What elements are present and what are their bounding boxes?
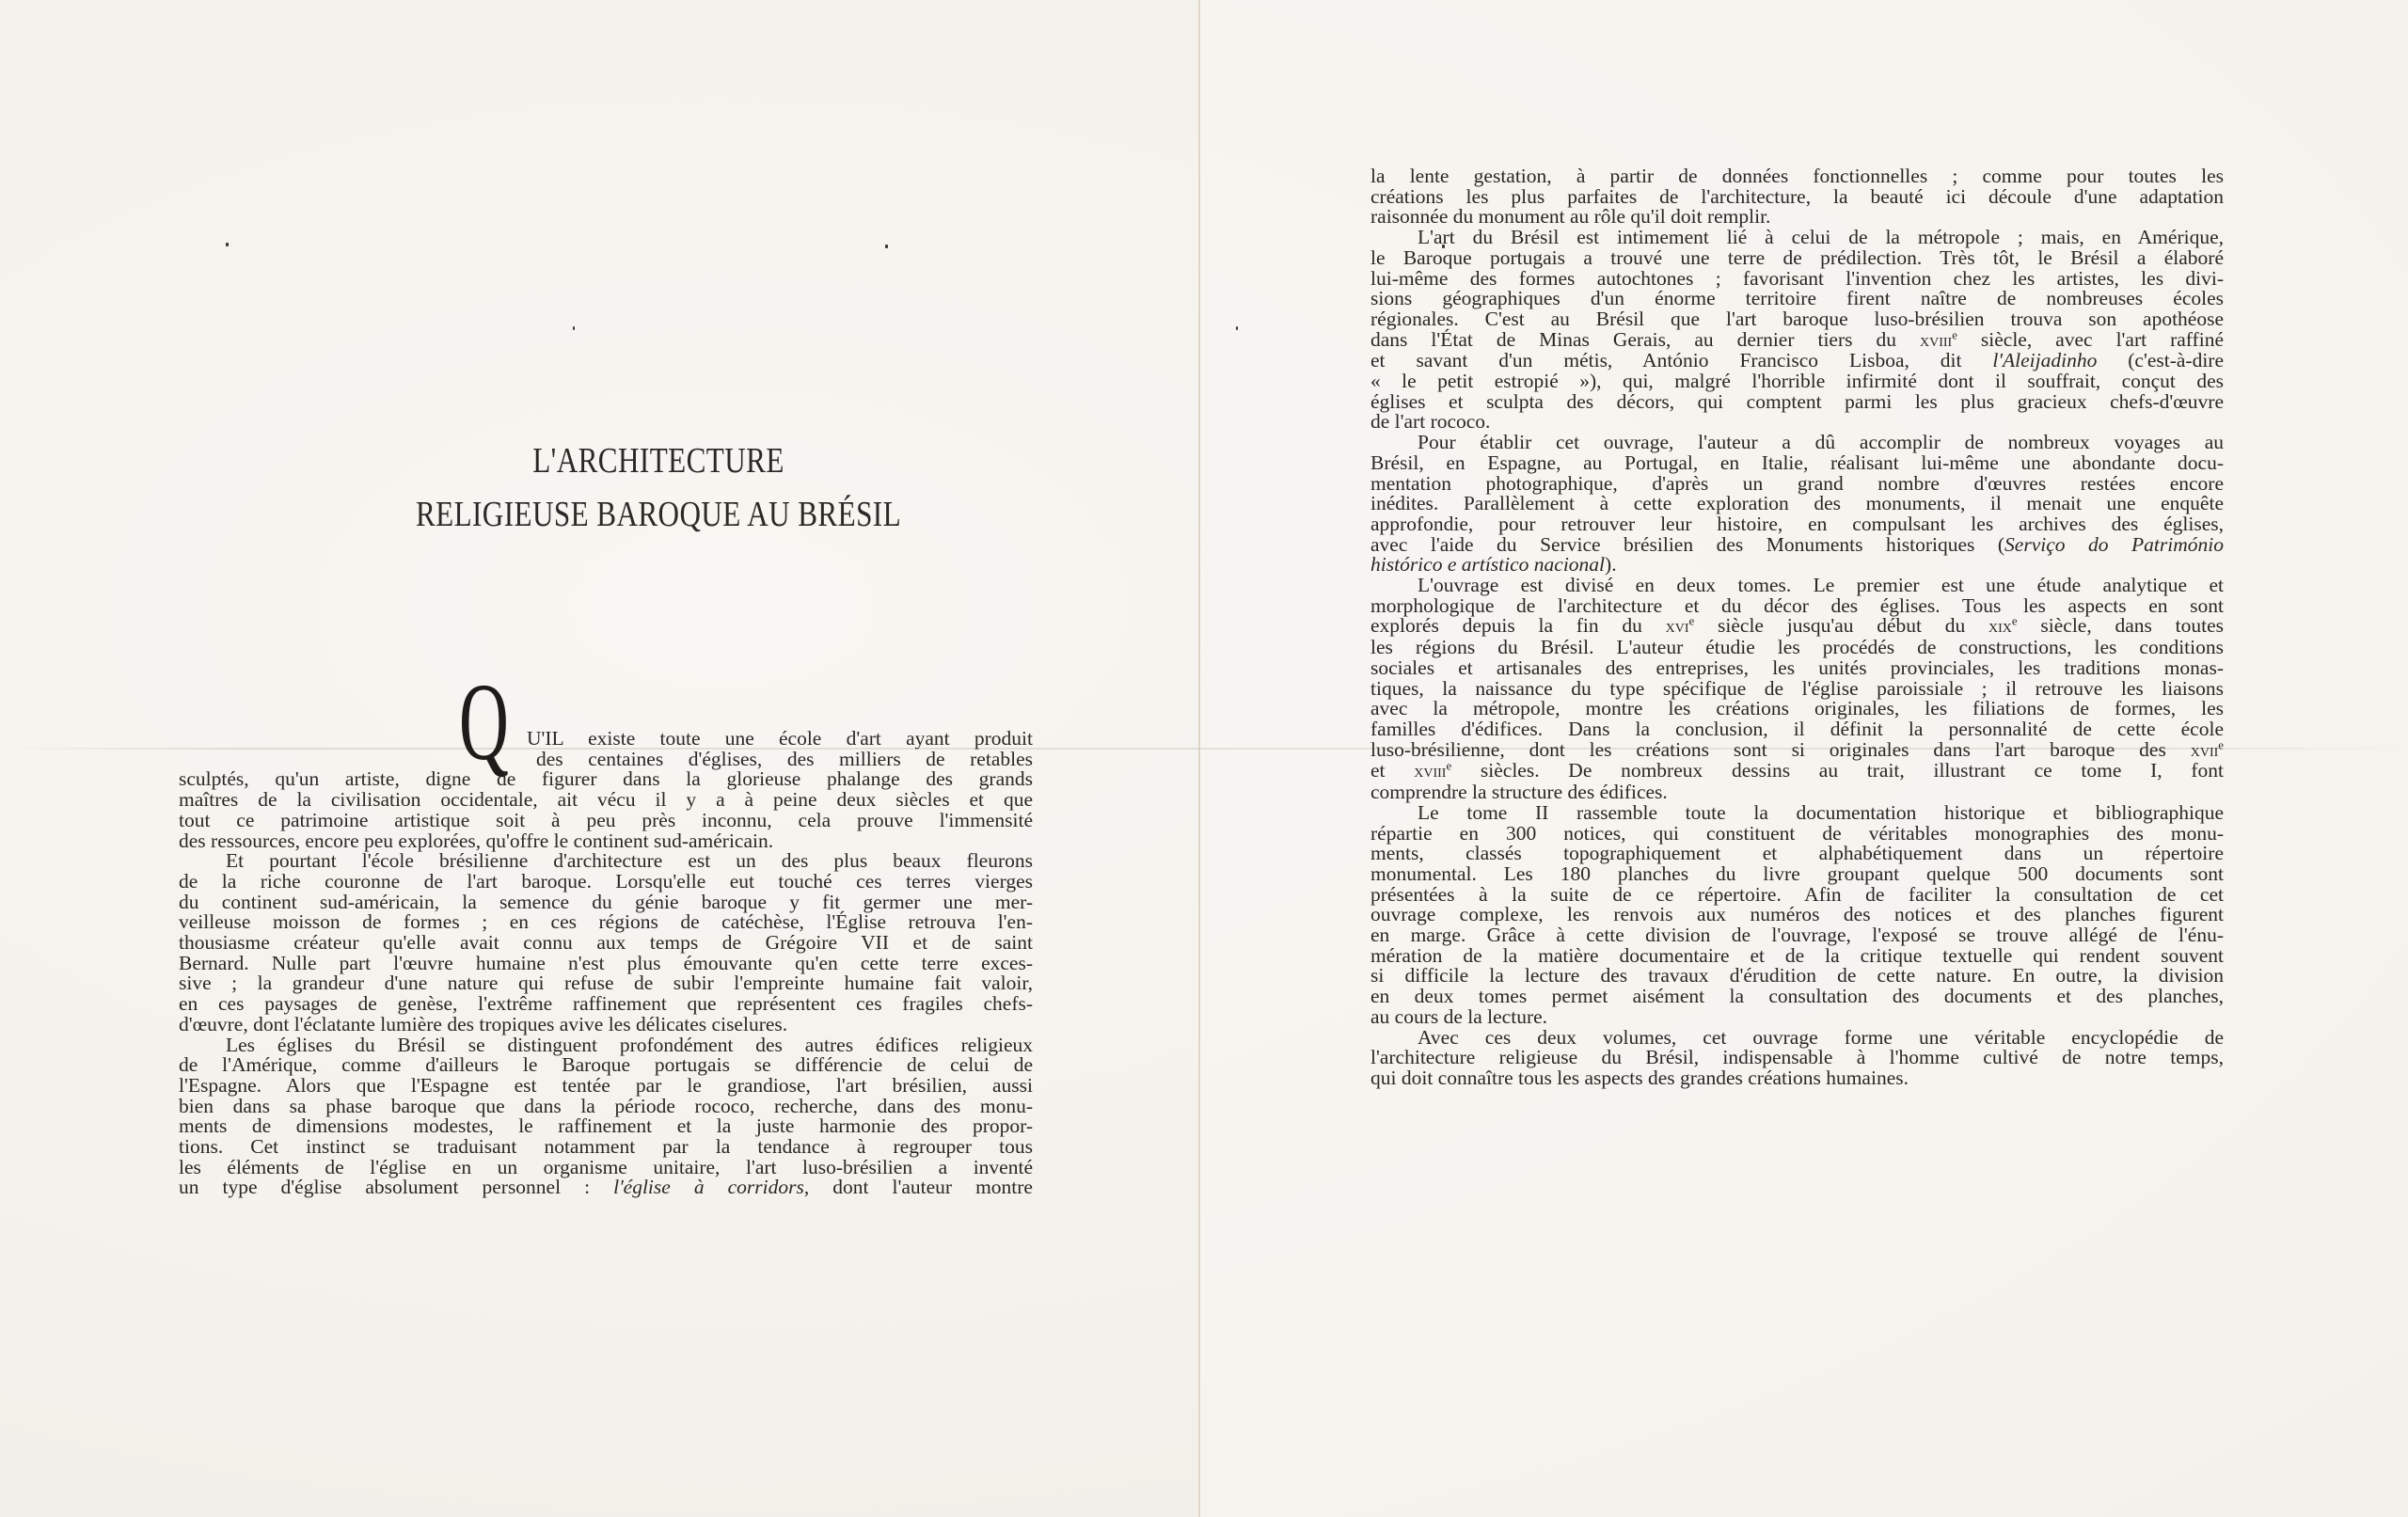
text-line: les régions du Brésil. L'auteur étudie l… <box>1370 638 2224 658</box>
text-line: L'art du Brésil est intimement lié à cel… <box>1370 228 2224 248</box>
text-line: tiques, la naissance du type spécifique … <box>1370 679 2224 700</box>
title-line-2: RELIGIEUSE BAROQUE AU BRÉSIL <box>350 494 967 535</box>
text-line: Le tome II rassemble toute la documentat… <box>1370 803 2224 824</box>
text-line: Avec ces deux volumes, cet ouvrage forme… <box>1370 1028 2224 1049</box>
text-line: Bernard. Nulle part l'œuvre humaine n'es… <box>179 954 1033 974</box>
text-line: approfondie, pour retrouver leur histoir… <box>1370 514 2224 535</box>
italic-name: l'Aleijadinho <box>1992 349 2097 371</box>
text-line: Et pourtant l'école brésilienne d'archit… <box>179 851 1033 872</box>
text-line: sions géographiques d'un énorme territoi… <box>1370 289 2224 309</box>
text-line: Pour établir cet ouvrage, l'auteur a dû … <box>1370 433 2224 453</box>
text-line: et savant d'un métis, António Francisco … <box>1370 351 2224 371</box>
text-line: la lente gestation, à partir de données … <box>1370 166 2224 187</box>
text-line: « le petit estropié »), qui, malgré l'ho… <box>1370 371 2224 392</box>
text-line: en ces paysages de genèse, l'extrême raf… <box>179 994 1033 1015</box>
text-line: mération de la matière documentaire et d… <box>1370 946 2224 967</box>
text-line: familles d'édifices. Dans la conclusion,… <box>1370 719 2224 740</box>
text-line: morphologique de l'architecture et du dé… <box>1370 596 2224 617</box>
text-line: ments, classés topographiquement et alph… <box>1370 844 2224 864</box>
text-line: en deux tomes permet aisément la consult… <box>1370 987 2224 1007</box>
text-line: l'Espagne. Alors que l'Espagne est tenté… <box>179 1076 1033 1097</box>
text-line: le Baroque portugais a trouvé une terre … <box>1370 248 2224 269</box>
text-line: des centaines d'églises, des milliers de… <box>179 750 1033 770</box>
text-line: U'IL existe toute une école d'art ayant … <box>179 729 1033 750</box>
text-line: monumental. Les 180 planches du livre gr… <box>1370 864 2224 885</box>
text-line: et xviiie siècles. De nombreux dessins a… <box>1370 761 2224 782</box>
text-line: ments de dimensions modestes, le raffine… <box>179 1116 1033 1137</box>
text-line: du continent sud-américain, la semence d… <box>179 893 1033 913</box>
text-line: luso-brésilienne, dont les créations son… <box>1370 740 2224 762</box>
text-line: créations les plus parfaites de l'archit… <box>1370 187 2224 208</box>
text-line: sculptés, qu'un artiste, digne de figure… <box>179 769 1033 790</box>
italic-term: l'église à corridors <box>613 1176 804 1198</box>
text-line: églises et sculpta des décors, qui compt… <box>1370 392 2224 413</box>
text-line: de l'art rococo. <box>1370 412 2224 433</box>
text-line: dans l'État de Minas Gerais, au dernier … <box>1370 330 2224 352</box>
text-line: inédites. Parallèlement à cette explorat… <box>1370 494 2224 514</box>
right-column-text: la lente gestation, à partir de données … <box>1370 166 2224 1089</box>
text-line: de l'Amérique, comme d'ailleurs le Baroq… <box>179 1055 1033 1076</box>
scan-speck <box>1236 326 1238 330</box>
text-line: tions. Cet instinct se traduisant notamm… <box>179 1137 1033 1158</box>
text-line: avec la métropole, montre les créations … <box>1370 699 2224 719</box>
text-line: un type d'église absolument personnel : … <box>179 1177 1033 1198</box>
title-line-1: L'ARCHITECTURE <box>350 440 967 482</box>
text-line: des ressources, encore peu explorées, qu… <box>179 831 1033 852</box>
text-line: bien dans sa phase baroque que dans la p… <box>179 1097 1033 1117</box>
text-line: d'œuvre, dont l'éclatante lumière des tr… <box>179 1015 1033 1035</box>
text-line: présentées à la suite de ce répertoire. … <box>1370 885 2224 906</box>
text-line: avec l'aide du Service brésilien des Mon… <box>1370 535 2224 556</box>
text-line: ouvrage complexe, les renvois aux numéro… <box>1370 905 2224 925</box>
text-line: explorés depuis la fin du xvie siècle ju… <box>1370 616 2224 638</box>
text-line: au cours de la lecture. <box>1370 1007 2224 1028</box>
scan-speck <box>573 326 575 330</box>
text-line: régionales. C'est au Brésil que l'art ba… <box>1370 309 2224 330</box>
text-line: qui doit connaître tous les aspects des … <box>1370 1068 2224 1089</box>
text-line: les éléments de l'église en un organisme… <box>179 1158 1033 1178</box>
text-line: Les églises du Brésil se distinguent pro… <box>179 1035 1033 1056</box>
text-line: L'ouvrage est divisé en deux tomes. Le p… <box>1370 576 2224 596</box>
page-fold <box>1198 0 1200 1517</box>
text-line: mentation photographique, d'après un gra… <box>1370 474 2224 495</box>
text-line: raisonnée du monument au rôle qu'il doit… <box>1370 207 2224 228</box>
text-line: sive ; la grandeur d'une nature qui refu… <box>179 973 1033 994</box>
text-line: si difficile la lecture des travaux d'ér… <box>1370 966 2224 987</box>
text-line: veilleuse moisson de formes ; en ces rég… <box>179 912 1033 933</box>
text-line: comprendre la structure des édifices. <box>1370 782 2224 803</box>
text-line: thousiasme créateur qu'elle avait connu … <box>179 933 1033 954</box>
text-line: sociales et artisanales des entreprises,… <box>1370 658 2224 679</box>
text-line: de la riche couronne de l'art baroque. L… <box>179 872 1033 893</box>
scan-speck <box>226 243 229 246</box>
text-line: l'architecture religieuse du Brésil, ind… <box>1370 1048 2224 1068</box>
text-line: répartie en 300 notices, qui constituent… <box>1370 824 2224 845</box>
text-line: lui-même des formes autochtones ; favori… <box>1370 269 2224 290</box>
scan-speck <box>885 245 888 248</box>
text-line: Brésil, en Espagne, au Portugal, en Ital… <box>1370 453 2224 474</box>
text-line: tout ce patrimoine artistique soit à peu… <box>179 811 1033 831</box>
text-line: histórico e artístico nacional). <box>1370 555 2224 576</box>
left-column-text: U'IL existe toute une école d'art ayant … <box>179 729 1033 1198</box>
text-line: en marge. Grâce à cette division de l'ou… <box>1370 925 2224 946</box>
text-line: maîtres de la civilisation occidentale, … <box>179 790 1033 811</box>
